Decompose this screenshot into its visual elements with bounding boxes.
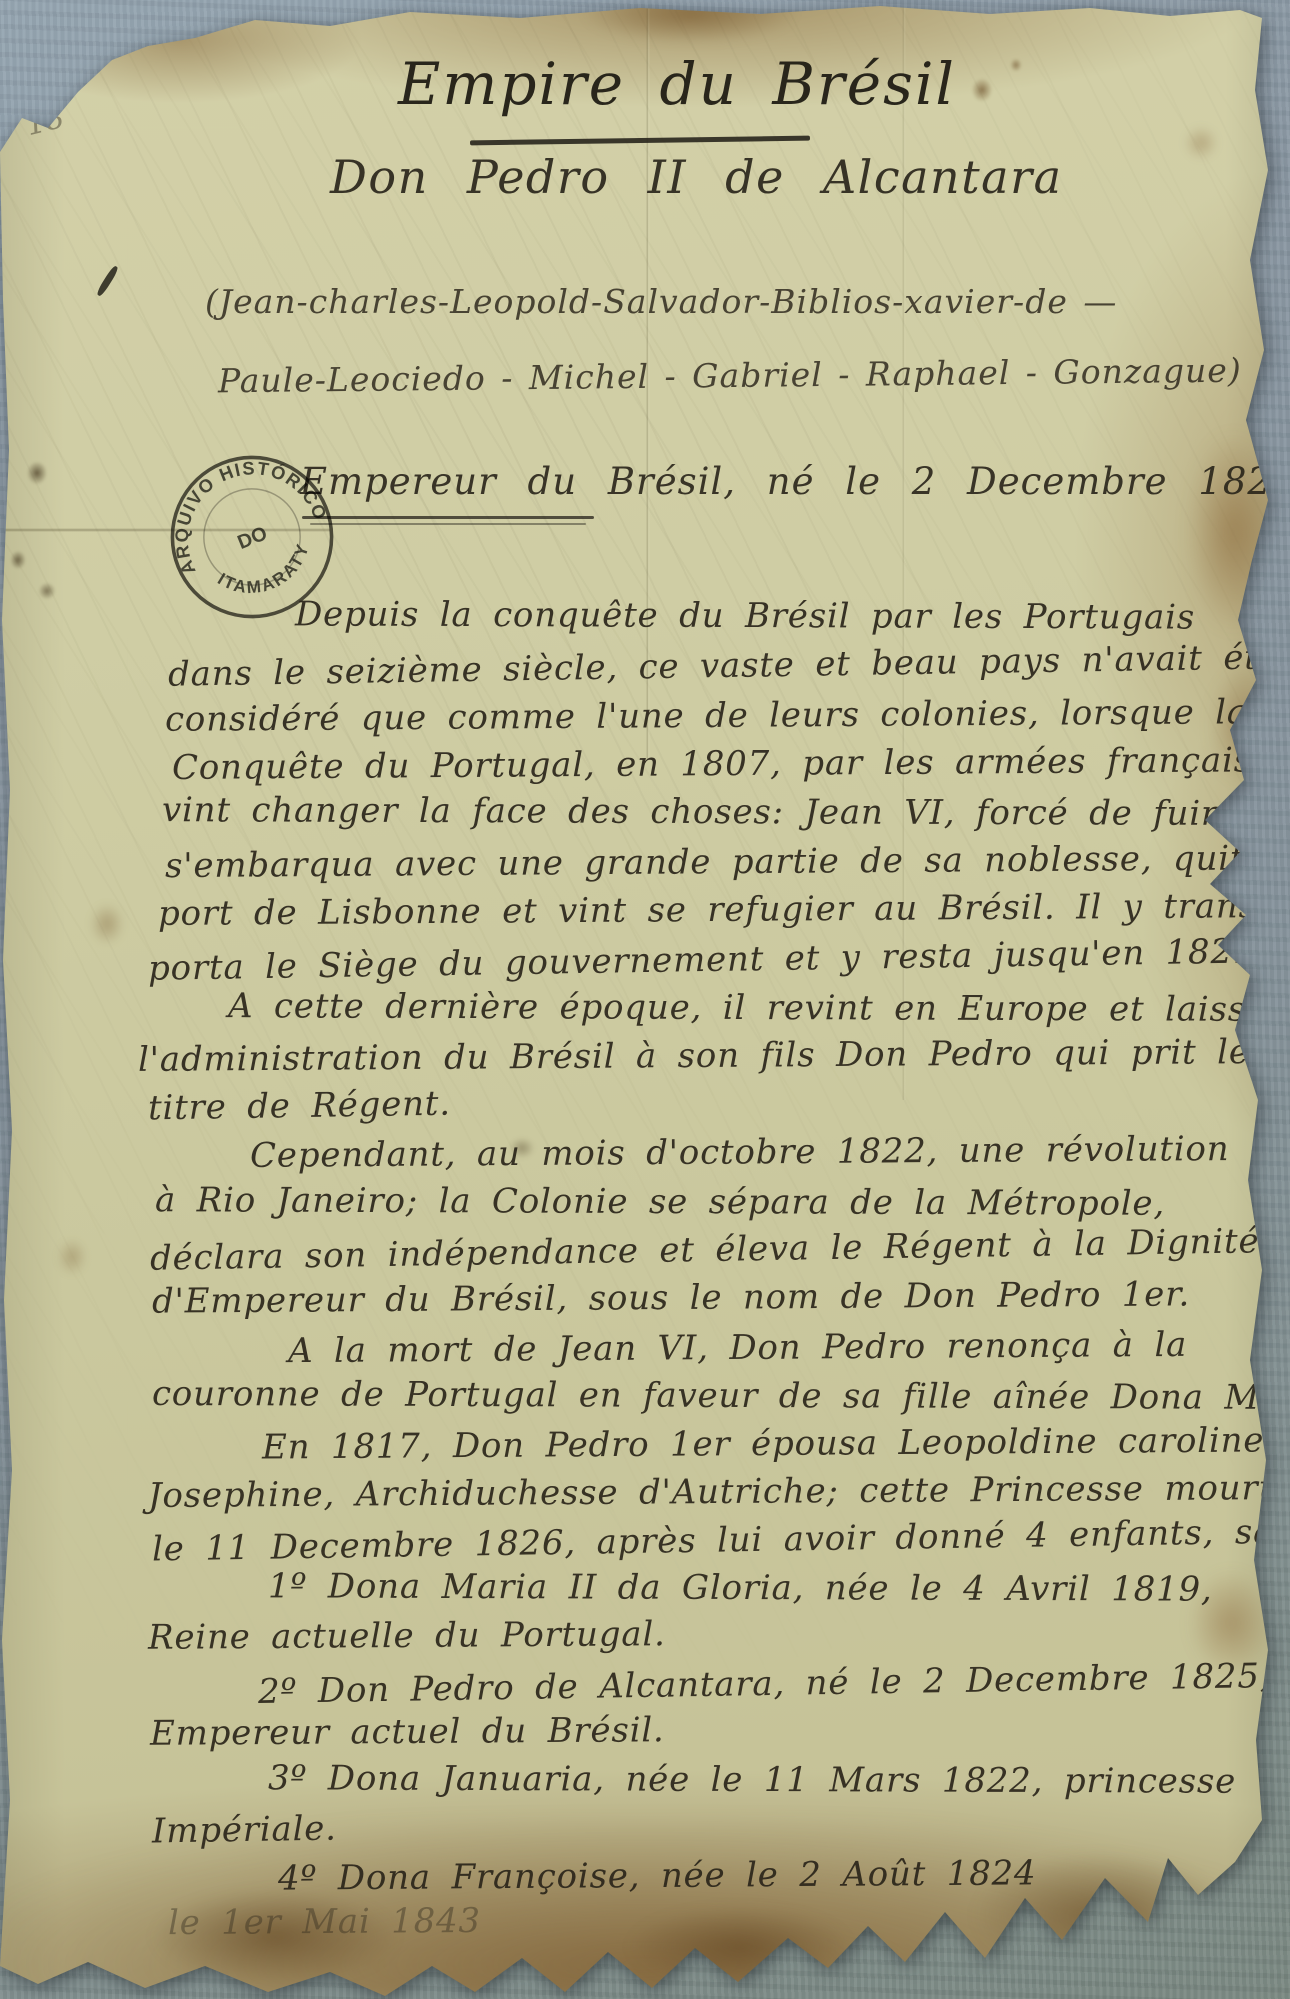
manuscript-paper: 18 Empire du Brésil Don Pedro II de Alca… <box>0 0 1290 1999</box>
scanned-manuscript-page: { "page": { "kind": "scanned handwritten… <box>0 0 1290 1999</box>
manuscript-line: Cependant, au mois d'octobre 1822, une r… <box>250 1128 1290 1176</box>
manuscript-line: déclara son indépendance et éleva le Rég… <box>150 1221 1260 1278</box>
manuscript-line: s'embarqua avec une grande partie de sa … <box>165 838 1290 886</box>
full-name-line-2: Paule-Leociedo - Michel - Gabriel - Raph… <box>218 351 1242 401</box>
stain <box>1008 56 1024 74</box>
manuscript-line: l'administration du Brésil à son fils Do… <box>138 1032 1250 1080</box>
stain <box>24 458 50 488</box>
stain <box>8 548 28 572</box>
manuscript-line: couronne de Portugal en faveur de sa fil… <box>152 1374 1290 1418</box>
stain <box>968 74 996 106</box>
manuscript-line: d'Empereur du Brésil, sous le nom de Don… <box>152 1274 1190 1321</box>
paper-shadow: 18 Empire du Brésil Don Pedro II de Alca… <box>0 0 1290 1999</box>
manuscript-line: vint changer la face des choses: Jean VI… <box>162 790 1218 834</box>
byline: Empereur du Brésil, né le 2 Decembre 182… <box>300 460 1290 503</box>
manuscript-line: 2º Don Pedro de Alcantara, né le 2 Decem… <box>258 1656 1272 1712</box>
manuscript-line: Impériale. <box>152 1809 337 1852</box>
stain <box>84 896 130 952</box>
manuscript-line: à Rio Janeiro; la Colonie se sépara de l… <box>155 1180 1165 1224</box>
pencil-note: 18 <box>22 100 68 143</box>
stain <box>540 0 840 56</box>
manuscript-line: considéré que comme l'une de leurs colon… <box>165 692 1248 740</box>
manuscript-line: 3º Dona Januaria, née le 11 Mars 1822, p… <box>268 1758 1236 1801</box>
manuscript-line-faded: le 1er Mai 1843 <box>168 1901 481 1943</box>
manuscript-line: le 11 Decembre 1826, après lui avoir don… <box>152 1511 1290 1570</box>
manuscript-line: Conquête du Portugal, en 1807, par les a… <box>172 740 1290 788</box>
manuscript-line: titre de Régent. <box>148 1084 451 1129</box>
manuscript-line: dans le seizième siècle, ce vaste et bea… <box>168 637 1280 694</box>
manuscript-line: A la mort de Jean VI, Don Pedro renonça … <box>288 1325 1187 1371</box>
manuscript-line: port de Lisbonne et vint se refugier au … <box>158 886 1269 934</box>
full-name-line-1: (Jean-charles-Leopold-Salvador-Biblios-x… <box>205 282 1117 321</box>
stain <box>36 580 58 602</box>
stamp-text-center: DO <box>235 522 271 554</box>
title-underline <box>470 136 810 146</box>
document-subtitle: Don Pedro II de Alcantara <box>330 150 1063 204</box>
stain <box>1178 120 1224 166</box>
manuscript-line: Reine actuelle du Portugal. <box>148 1614 666 1658</box>
manuscript-line: A cette dernière époque, il revint en Eu… <box>228 986 1267 1030</box>
stain <box>52 1232 92 1282</box>
manuscript-line: Josephine, Archiduchesse d'Autriche; cet… <box>148 1468 1290 1516</box>
byline-underline <box>302 516 594 519</box>
manuscript-line: 1º Dona Maria II da Gloria, née le 4 Avr… <box>268 1566 1213 1609</box>
manuscript-line: porta le Siège du gouvernement et y rest… <box>148 931 1267 989</box>
manuscript-line: Empereur actuel du Brésil. <box>150 1710 665 1754</box>
document-title: Empire du Brésil <box>398 50 956 118</box>
ink-mark <box>96 265 120 298</box>
byline-underline-2 <box>310 523 586 525</box>
manuscript-line: 4º Dona Françoise, née le 2 Août 1824 <box>278 1853 1037 1898</box>
stain <box>590 1892 890 1999</box>
manuscript-line: En 1817, Don Pedro 1er épousa Leopoldine… <box>262 1421 1264 1468</box>
manuscript-line: Depuis la conquête du Brésil par les Por… <box>295 594 1195 637</box>
